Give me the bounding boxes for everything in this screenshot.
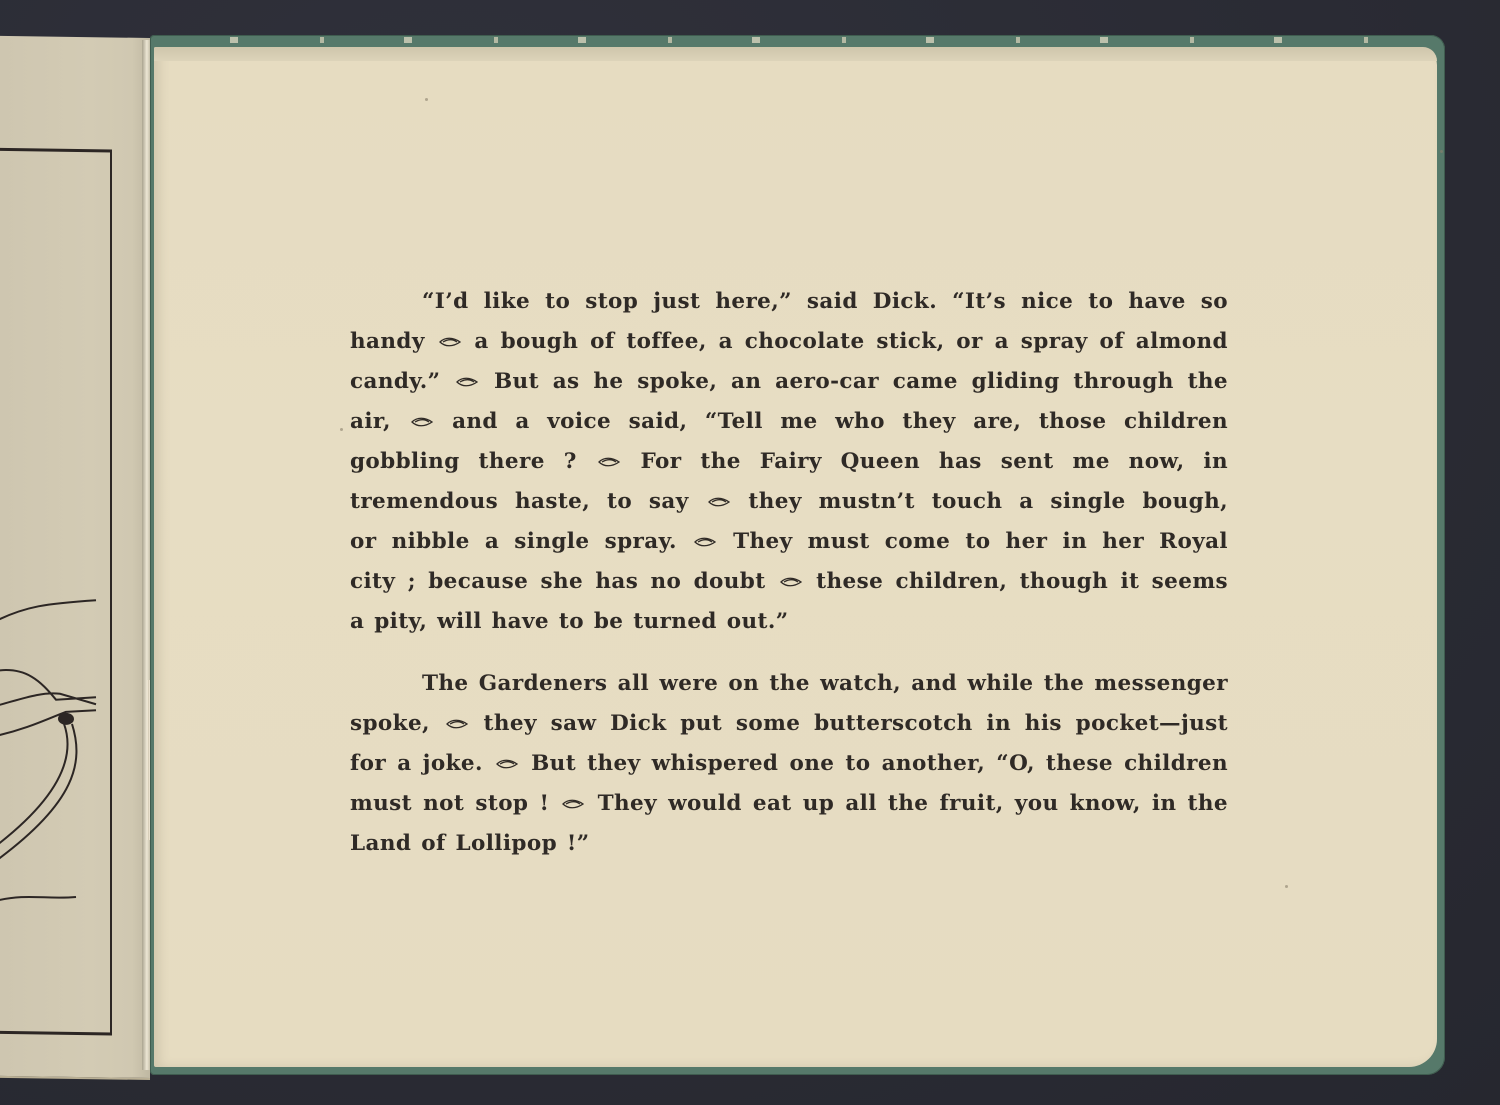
leaf-ornament-icon: [708, 497, 730, 507]
paper-speck: [340, 428, 343, 431]
text-line: handy a bough of toffee, a chocolate sti…: [350, 322, 1228, 362]
leaf-ornament-icon: [598, 457, 620, 467]
page-text: “I’d like to stop just here,” said Dick.…: [350, 282, 1228, 864]
illustration-frame: [0, 148, 112, 1036]
text-line: Land of Lollipop !”: [350, 824, 1228, 864]
left-page: [0, 36, 150, 1080]
text-line: for a joke. But they whispered one to an…: [350, 744, 1228, 784]
text-line: tremendous haste, to say they mustn’t to…: [350, 482, 1228, 522]
text-line: air, and a voice said, “Tell me who they…: [350, 402, 1228, 442]
leaf-ornament-icon: [496, 759, 518, 769]
page-top-edge: [154, 47, 1437, 61]
cover-wear: [150, 37, 1445, 43]
text-line: a pity, will have to be turned out.”: [350, 602, 1228, 642]
text-line: candy.” But as he spoke, an aero-car cam…: [350, 362, 1228, 402]
paragraph: The Gardeners all were on the watch, and…: [350, 664, 1228, 864]
leaf-ornament-icon: [439, 337, 461, 347]
paper-speck: [425, 98, 428, 101]
leaf-ornament-icon: [780, 577, 802, 587]
leaf-ornament-icon: [694, 537, 716, 547]
leaf-ornament-icon: [562, 799, 584, 809]
text-line: city ; because she has no doubt these ch…: [350, 562, 1228, 602]
text-line: spoke, they saw Dick put some butterscot…: [350, 704, 1228, 744]
leaf-ornament-icon: [411, 417, 433, 427]
paragraph: “I’d like to stop just here,” said Dick.…: [350, 282, 1228, 642]
leaf-ornament-icon: [456, 377, 478, 387]
paper-speck: [1285, 885, 1288, 888]
text-line: or nibble a single spray. They must come…: [350, 522, 1228, 562]
text-line: must not stop ! They would eat up all th…: [350, 784, 1228, 824]
text-line: The Gardeners all were on the watch, and…: [350, 664, 1228, 704]
branch-illustration: [0, 151, 110, 1033]
text-line: gobbling there ? For the Fairy Queen has…: [350, 442, 1228, 482]
leaf-ornament-icon: [446, 719, 468, 729]
paper-speck: [1440, 150, 1443, 153]
text-line: “I’d like to stop just here,” said Dick.…: [350, 282, 1228, 322]
